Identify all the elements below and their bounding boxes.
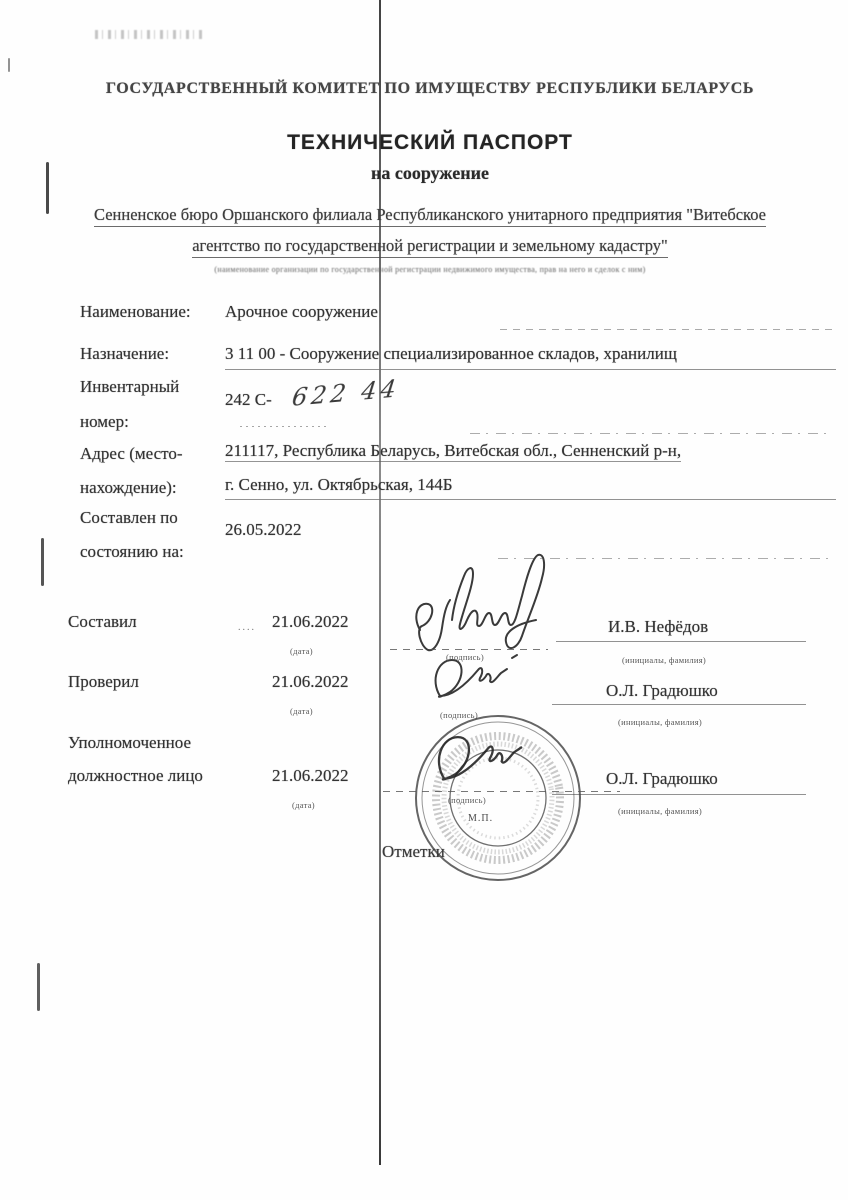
signature-row2-role: Проверил <box>68 672 139 692</box>
field-date-of-record-value: 26.05.2022 <box>225 520 302 540</box>
rule-line <box>240 426 328 427</box>
document-subtitle: на сооружение <box>30 163 830 184</box>
name-caption: (инициалы, фамилия) <box>618 717 702 727</box>
field-inventory-label-line2: номер: <box>80 412 129 432</box>
field-purpose-value: 3 11 00 - Сооружение специализированное … <box>225 344 677 364</box>
name-line <box>552 704 806 705</box>
rule-line <box>500 329 834 330</box>
rule-line <box>470 433 834 434</box>
margin-mark <box>41 538 44 586</box>
stamp-mp-label: М.П. <box>468 813 493 824</box>
margin-mark <box>37 963 40 1011</box>
marks-label: Отметки <box>382 842 445 862</box>
document-title: ТЕХНИЧЕСКИЙ ПАСПОРТ <box>30 131 830 155</box>
date-caption: (дата) <box>292 800 315 810</box>
name-caption: (инициалы, фамилия) <box>618 806 702 816</box>
signature-row3-name: О.Л. Градюшко <box>606 769 718 789</box>
field-purpose-label: Назначение: <box>80 344 169 364</box>
sign-caption: (подпись) <box>446 652 484 662</box>
signature-line <box>390 649 548 650</box>
organization-name-line2-text: агентство по государственной регистрации… <box>192 236 668 258</box>
date-caption: (дата) <box>290 646 313 656</box>
name-caption: (инициалы, фамилия) <box>622 655 706 665</box>
signature-row3-role-line2: должностное лицо <box>68 766 203 786</box>
signature-nefedov <box>406 550 554 656</box>
signature-row2-name: О.Л. Градюшко <box>606 681 718 701</box>
name-line <box>552 794 806 795</box>
signature-row1-date: 21.06.2022 <box>272 612 349 632</box>
field-date-of-record-label-line2: состоянию на: <box>80 542 184 562</box>
field-address-value-line1: 211117, Республика Беларусь, Витебская о… <box>225 441 681 461</box>
field-address-label-line1: Адрес (место- <box>80 444 183 464</box>
rule-line <box>225 499 836 500</box>
organization-caption: (наименование организации по государстве… <box>30 265 830 274</box>
signature-line <box>383 791 620 792</box>
organization-name-line1-text: Сенненское бюро Оршанского филиала Респу… <box>94 205 766 227</box>
name-line <box>556 641 806 642</box>
field-name-value: Арочное сооружение <box>225 302 378 322</box>
signature-row3-date: 21.06.2022 <box>272 766 349 786</box>
signature-gradyushko-stamped <box>428 724 550 794</box>
rule-line <box>225 369 836 370</box>
corner-smudge <box>95 30 205 39</box>
document-header: ГОСУДАРСТВЕННЫЙ КОМИТЕТ ПО ИМУЩЕСТВУ РЕС… <box>30 80 830 98</box>
leader-dots: .... <box>238 622 256 633</box>
organization-name-line1: Сенненское бюро Оршанского филиала Респу… <box>30 205 830 225</box>
field-date-of-record-label-line1: Составлен по <box>80 508 178 528</box>
field-name-label: Наименование: <box>80 302 191 322</box>
signature-row1-name: И.В. Нефёдов <box>608 617 708 637</box>
signature-row2-date: 21.06.2022 <box>272 672 349 692</box>
field-address-value-line1-text: 211117, Республика Беларусь, Витебская о… <box>225 441 681 462</box>
field-address-value-line2: г. Сенно, ул. Октябрьская, 144Б <box>225 475 453 495</box>
field-inventory-label-line1: Инвентарный <box>80 377 179 397</box>
signature-row1-role: Составил <box>68 612 137 632</box>
field-inventory-value-handwritten: 622 44 <box>290 374 401 412</box>
field-address-label-line2: нахождение): <box>80 478 177 498</box>
field-inventory-value-printed: 242 С- <box>225 390 272 410</box>
organization-name-line2: агентство по государственной регистрации… <box>30 236 830 256</box>
date-caption: (дата) <box>290 706 313 716</box>
sign-caption: (подпись) <box>448 795 486 805</box>
margin-mark <box>8 58 10 72</box>
signature-row3-role-line1: Уполномоченное <box>68 733 191 753</box>
scanned-technical-passport-page: ГОСУДАРСТВЕННЫЙ КОМИТЕТ ПО ИМУЩЕСТВУ РЕС… <box>0 0 848 1200</box>
